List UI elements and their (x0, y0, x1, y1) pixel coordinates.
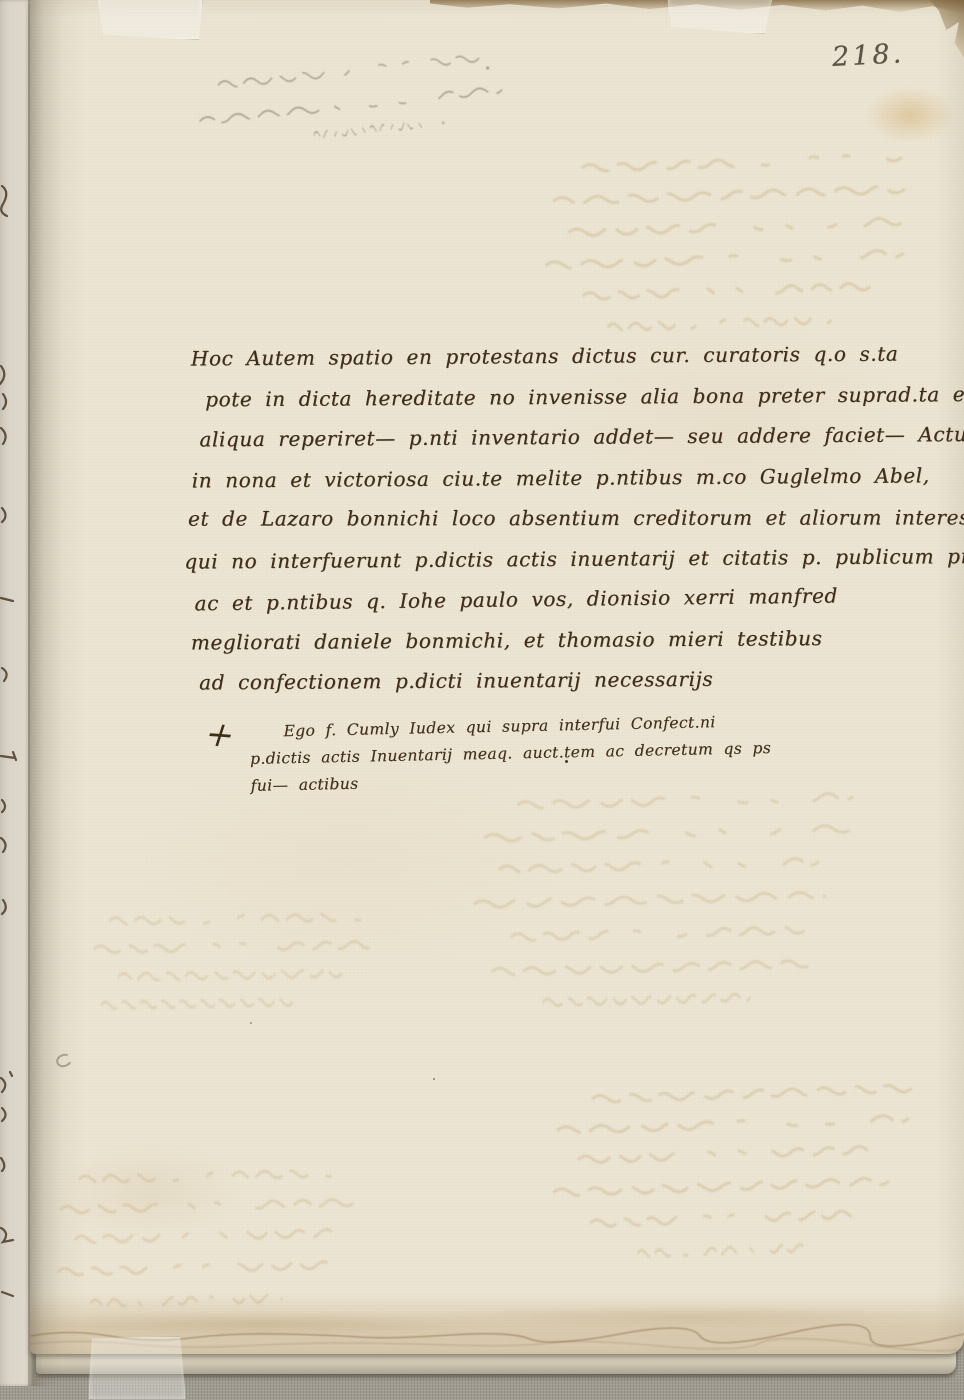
manuscript-line: aliqua reperiret— p.nti inventario addet… (199, 415, 903, 460)
manuscript-line: ac et p.ntibus q. Iohe paulo vos, dionis… (194, 575, 904, 624)
main-text-block: Hoc Autem spatio en protestans dictus cu… (191, 334, 906, 703)
show-through-middle (470, 790, 890, 1020)
folio-number: 218. (831, 40, 904, 71)
pencil-inscription (190, 52, 520, 142)
manuscript-line: pote in dicta hereditate no invenisse al… (205, 374, 903, 419)
edge-fragment-strokes (0, 0, 34, 1386)
manuscript-line: megliorati daniele bonmichi, et thomasio… (191, 617, 905, 662)
show-through-mid-left (90, 908, 390, 1028)
tape-tab-bottom-left (88, 1336, 186, 1400)
show-through-upper (545, 150, 925, 350)
manuscript-line: et de Lazaro bonnichi loco absentium cre… (188, 497, 904, 539)
facing-page-edge (0, 0, 34, 1386)
postscript-block: Ego f. Cumly Iudex qui supra interfui Co… (249, 705, 911, 800)
manuscript-line: Hoc Autem spatio en protestans dictus cu… (191, 334, 903, 379)
manuscript-line: qui no interfuerunt p.dictis actis inuen… (184, 536, 904, 582)
manuscript-photo: 218. (0, 0, 964, 1400)
manuscript-line: in nona et victoriosa ciu.te melite p.nt… (192, 455, 904, 500)
ink-speck (565, 760, 568, 763)
ink-speck (433, 1078, 435, 1080)
tape-tab-top-left (97, 0, 203, 40)
ink-speck (250, 1022, 252, 1024)
show-through-bottom-right (545, 1085, 945, 1285)
manuscript-line: ad confectionem p.dicti inuentarij neces… (199, 658, 905, 703)
